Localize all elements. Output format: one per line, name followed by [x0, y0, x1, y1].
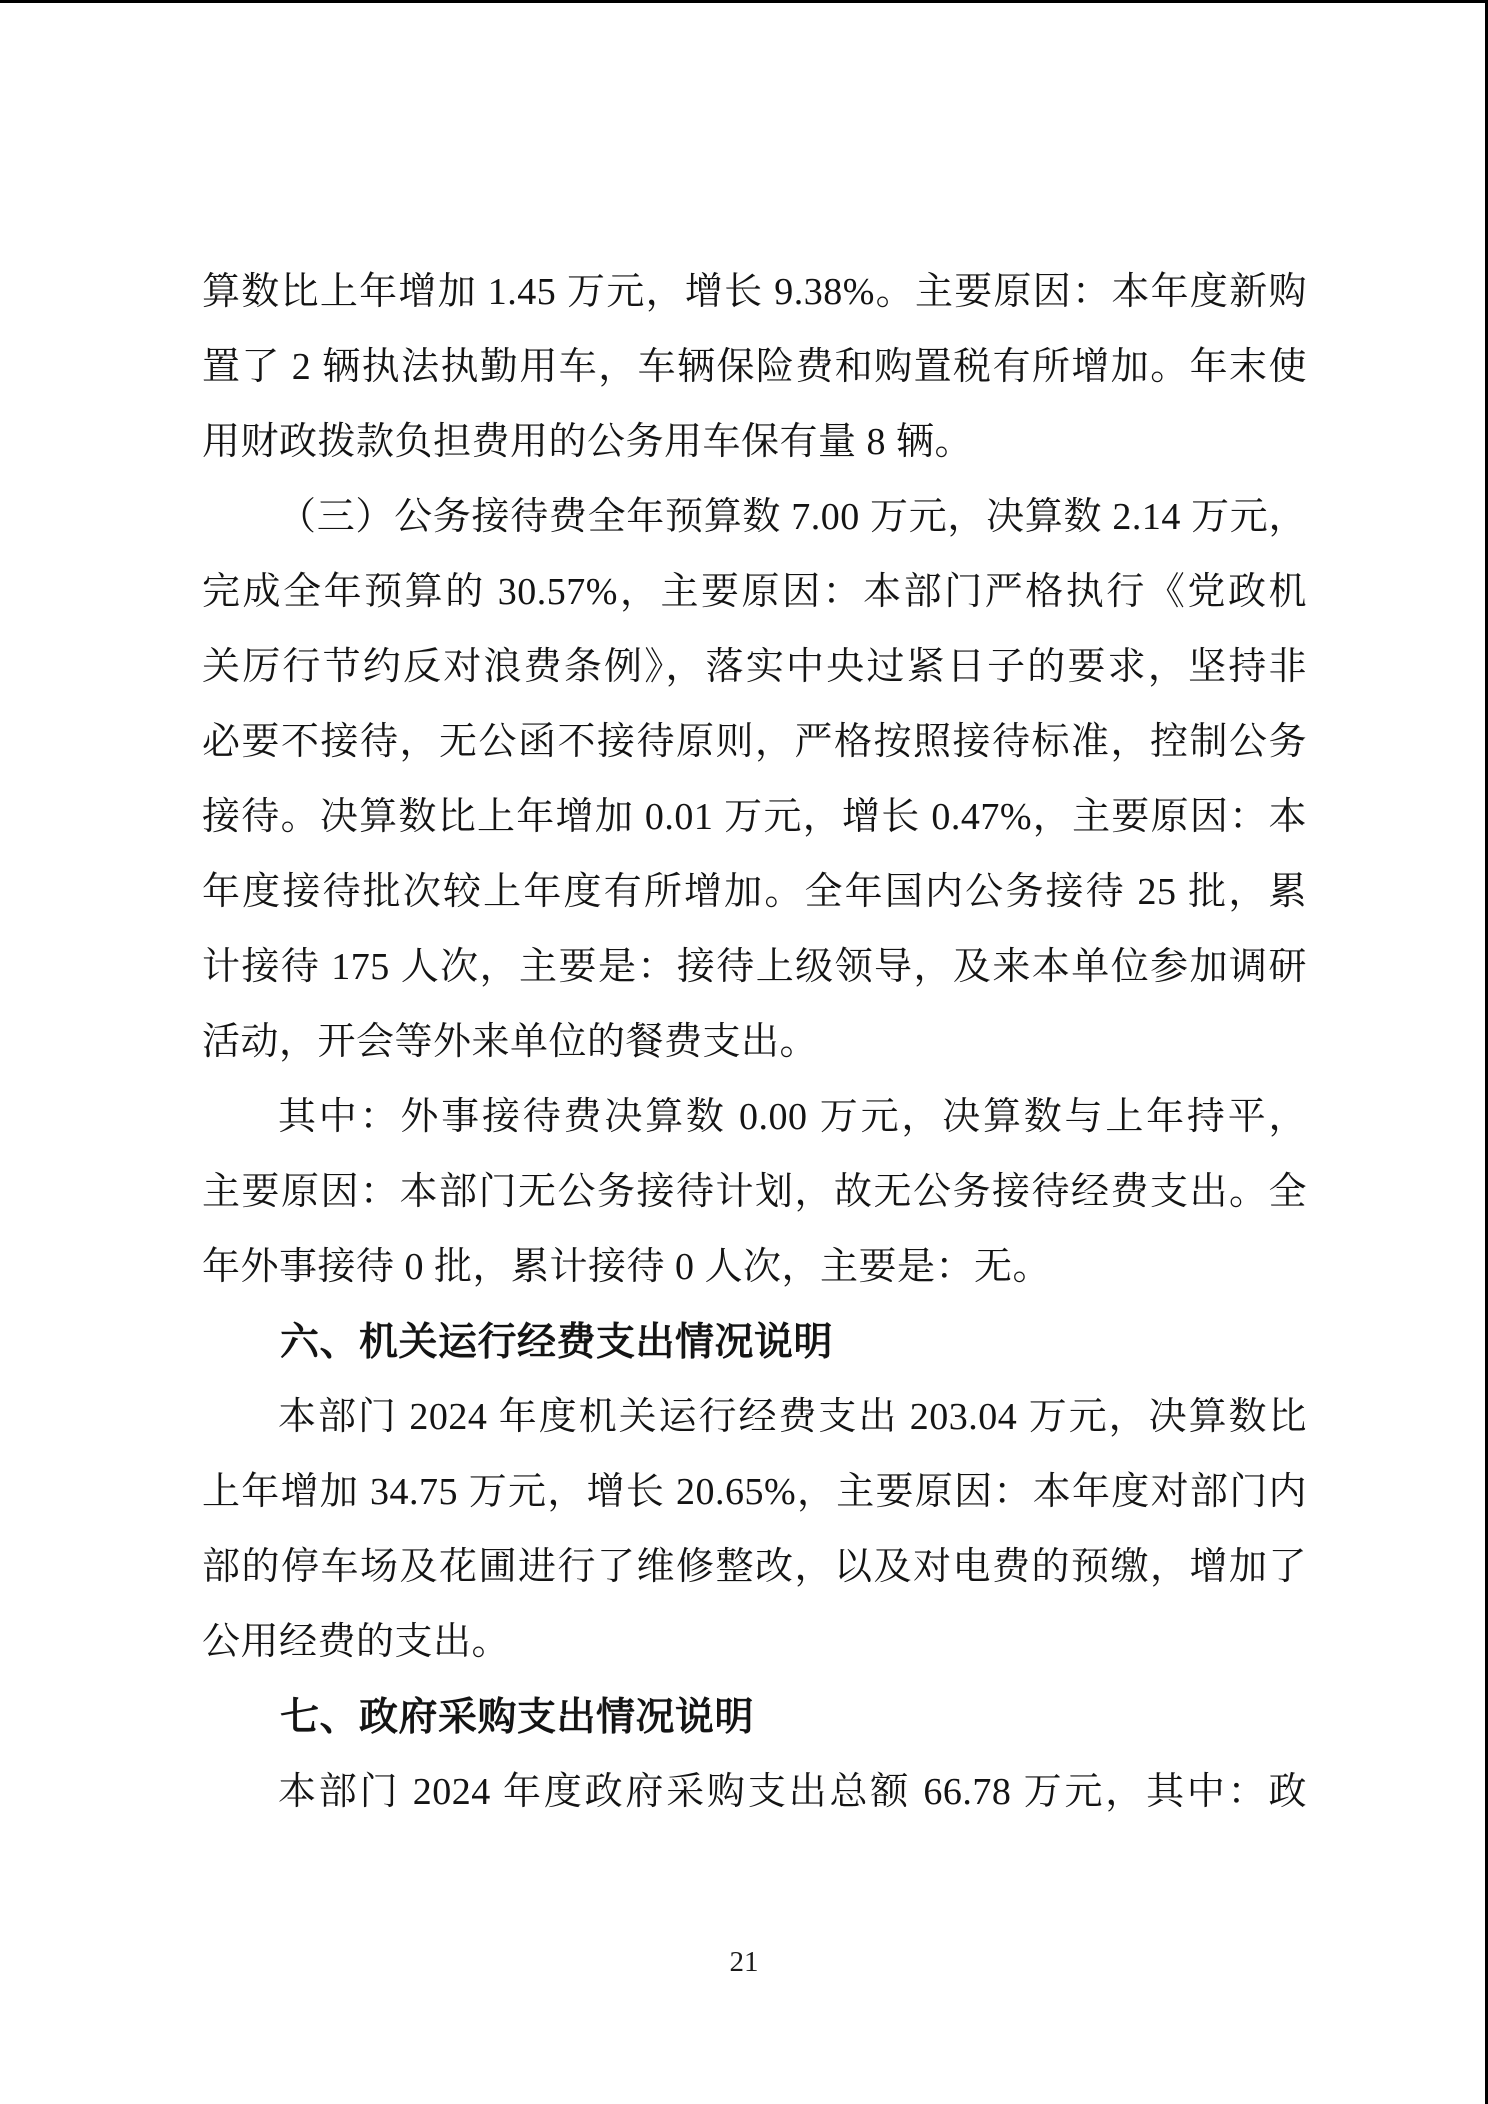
text-block: 算数比上年增加 1.45 万元，增长 9.38%。主要原因：本年度新购置了 2 …: [202, 255, 1307, 1830]
text-line: 其中：外事接待费决算数 0.00 万元，决算数与上年持平，: [202, 1080, 1307, 1155]
text-line: 年外事接待 0 批，累计接待 0 人次，主要是：无。: [202, 1230, 1307, 1305]
text-line: 活动，开会等外来单位的餐费支出。: [202, 1005, 1307, 1080]
section-heading: 六、机关运行经费支出情况说明: [202, 1305, 1307, 1380]
text-line: 必要不接待，无公函不接待原则，严格按照接待标准，控制公务: [202, 705, 1307, 780]
text-line: 接待。决算数比上年增加 0.01 万元，增长 0.47%，主要原因：本: [202, 780, 1307, 855]
text-line: 部的停车场及花圃进行了维修整改，以及对电费的预缴，增加了: [202, 1530, 1307, 1605]
document-page: 算数比上年增加 1.45 万元，增长 9.38%。主要原因：本年度新购置了 2 …: [0, 0, 1488, 2104]
text-line: 用财政拨款负担费用的公务用车保有量 8 辆。: [202, 405, 1307, 480]
page-top-border: [0, 0, 1488, 3]
text-line: （三）公务接待费全年预算数 7.00 万元，决算数 2.14 万元，: [202, 480, 1307, 555]
text-line: 本部门 2024 年度政府采购支出总额 66.78 万元，其中：政: [202, 1755, 1307, 1830]
section-heading: 七、政府采购支出情况说明: [202, 1680, 1307, 1755]
text-line: 置了 2 辆执法执勤用车，车辆保险费和购置税有所增加。年末使: [202, 330, 1307, 405]
text-line: 计接待 175 人次，主要是：接待上级领导，及来本单位参加调研: [202, 930, 1307, 1005]
text-line: 年度接待批次较上年度有所增加。全年国内公务接待 25 批，累: [202, 855, 1307, 930]
text-line: 算数比上年增加 1.45 万元，增长 9.38%。主要原因：本年度新购: [202, 255, 1307, 330]
text-line: 完成全年预算的 30.57%，主要原因：本部门严格执行《党政机: [202, 555, 1307, 630]
page-number: 21: [0, 1942, 1488, 1982]
text-line: 关厉行节约反对浪费条例》，落实中央过紧日子的要求，坚持非: [202, 630, 1307, 705]
text-line: 公用经费的支出。: [202, 1605, 1307, 1680]
text-line: 上年增加 34.75 万元，增长 20.65%，主要原因：本年度对部门内: [202, 1455, 1307, 1530]
text-line: 本部门 2024 年度机关运行经费支出 203.04 万元，决算数比: [202, 1380, 1307, 1455]
text-line: 主要原因：本部门无公务接待计划，故无公务接待经费支出。全: [202, 1155, 1307, 1230]
